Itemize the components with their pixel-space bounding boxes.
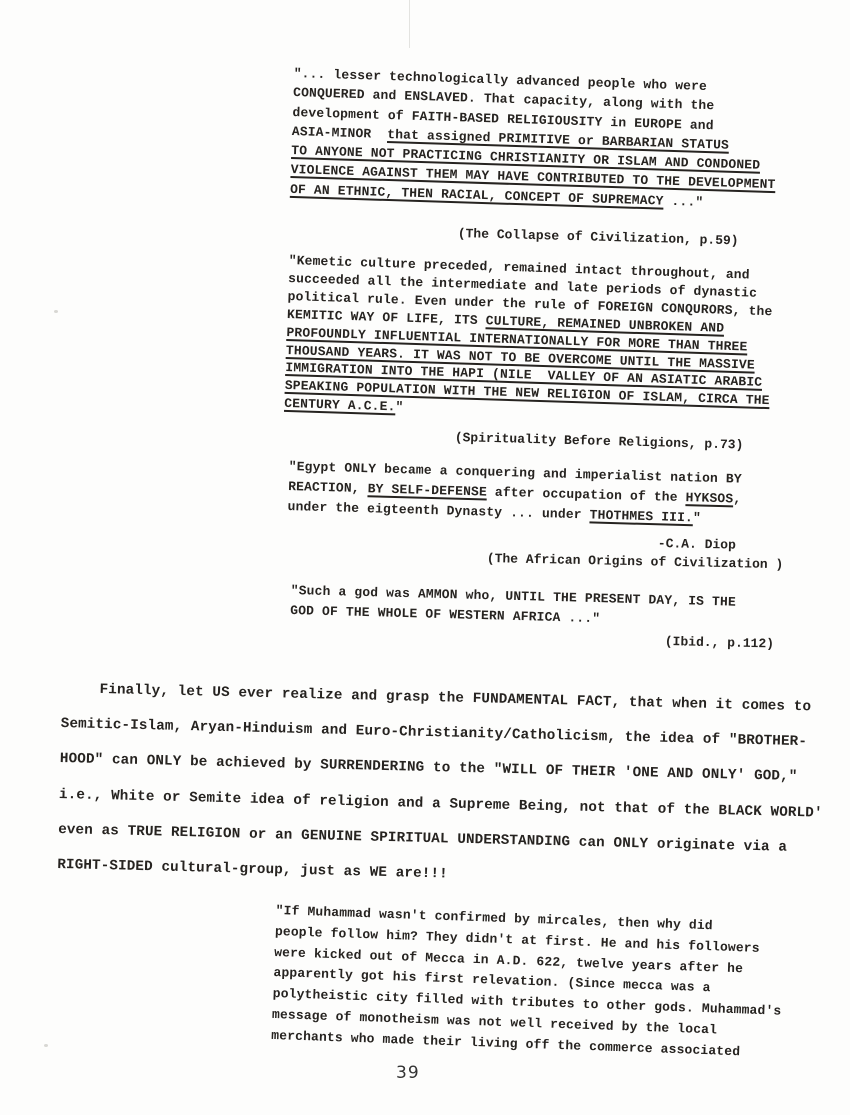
quote-block-muhammad-mecca: "If Muhammad wasn't confirmed by mircale… [271, 901, 785, 1064]
text-segment: ..." [663, 193, 703, 209]
attribution-work-title: (The African Origins of Civilization ) [487, 551, 784, 572]
quote-block-conquered-enslaved: "... lesser technologically advanced peo… [290, 64, 779, 214]
text-segment: " [395, 400, 403, 415]
citation-collapse-of-civilization: (The Collapse of Civilization, p.59) [458, 226, 739, 248]
quote-block-kemetic-culture: "Kemetic culture preceded, remained inta… [284, 252, 774, 428]
underlined-text-segment: CENTURY A.C.E. [284, 396, 396, 414]
text-segment: REACTION, [288, 479, 368, 496]
citation-spirituality-before-religions: (Spirituality Before Religions, p.73) [455, 430, 744, 453]
text-segment: RIGHT-SIDED cultural-group, just as WE a… [57, 857, 448, 883]
underlined-text-segment: THOTHMES III. [589, 507, 693, 525]
scan-speck [44, 1044, 48, 1047]
scanned-document-page: "... lesser technologically advanced peo… [0, 0, 850, 1115]
underlined-text-segment: BY SELF-DEFENSE [367, 481, 487, 499]
scan-crease-mark [409, 0, 410, 48]
text-segment: , [733, 491, 741, 506]
text-segment: " [693, 510, 701, 525]
citation-ibid: (Ibid., p.112) [665, 634, 775, 651]
text-segment: after occupation of the [487, 485, 686, 506]
attribution-author: -C.A. Diop [658, 536, 736, 553]
page-number: 39 [396, 1063, 420, 1083]
body-paragraph-brotherhood: Finally, let US ever realize and grasp t… [57, 672, 826, 902]
underlined-text-segment: HYKSOS [685, 490, 733, 506]
quote-block-ammon-god: "Such a god was AMMON who, UNTIL THE PRE… [290, 581, 736, 632]
scan-speck [54, 310, 58, 313]
quote-block-egypt-hyksos: "Egypt ONLY became a conquering and impe… [287, 457, 742, 530]
text-segment: ASIA-MINOR [292, 124, 388, 142]
